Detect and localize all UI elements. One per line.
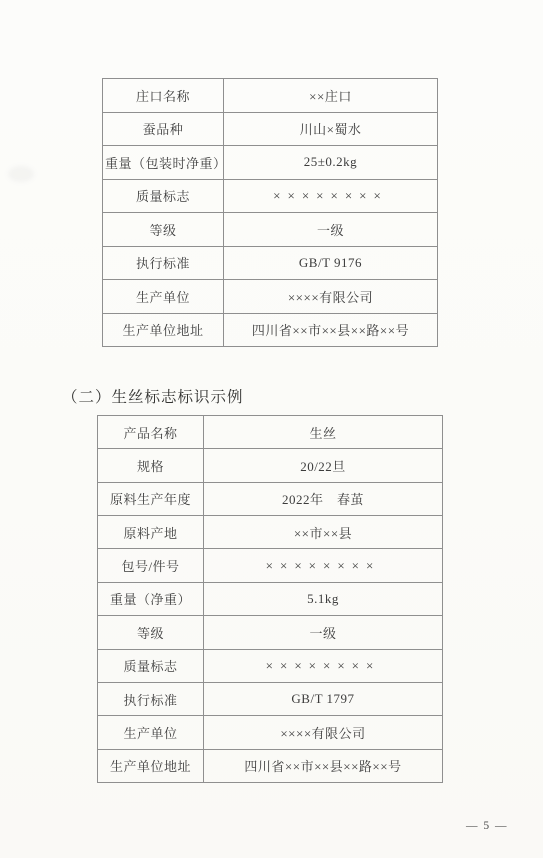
row-value: 四川省××市××县××路××号 [224, 313, 438, 347]
row-label: 生产单位 [98, 716, 204, 749]
row-label: 执行标准 [98, 682, 204, 715]
document-page: 庄口名称××庄口蚕品种川山×蜀水重量（包装时净重）25±0.2kg质量标志×××… [0, 0, 543, 858]
table-row: 蚕品种川山×蜀水 [103, 112, 438, 146]
row-value: ×××××××× [204, 549, 443, 582]
row-label: 生产单位地址 [98, 749, 204, 782]
row-label: 重量（净重） [98, 582, 204, 615]
row-value: 生丝 [204, 416, 443, 449]
table-row: 生产单位××××有限公司 [98, 716, 443, 749]
table-row: 庄口名称××庄口 [103, 79, 438, 113]
cocoon-label-table: 庄口名称××庄口蚕品种川山×蜀水重量（包装时净重）25±0.2kg质量标志×××… [102, 78, 438, 347]
table-row: 生产单位地址四川省××市××县××路××号 [103, 313, 438, 347]
row-label: 原料产地 [98, 516, 204, 549]
row-label: 质量标志 [103, 179, 224, 213]
table-row: 规格20/22旦 [98, 449, 443, 482]
row-value: ××庄口 [224, 79, 438, 113]
table-row: 执行标准GB/T 9176 [103, 246, 438, 280]
row-value: GB/T 1797 [204, 682, 443, 715]
table-row: 重量（包装时净重）25±0.2kg [103, 146, 438, 180]
row-label: 生产单位地址 [103, 313, 224, 347]
table-row: 重量（净重）5.1kg [98, 582, 443, 615]
table-row: 包号/件号×××××××× [98, 549, 443, 582]
row-label: 蚕品种 [103, 112, 224, 146]
row-value: ×××××××× [204, 649, 443, 682]
row-label: 产品名称 [98, 416, 204, 449]
table-row: 质量标志×××××××× [98, 649, 443, 682]
table-row: 产品名称生丝 [98, 416, 443, 449]
row-value: ××××有限公司 [224, 280, 438, 314]
row-label: 庄口名称 [103, 79, 224, 113]
row-value: ××××有限公司 [204, 716, 443, 749]
raw-silk-label-table-body: 产品名称生丝规格20/22旦原料生产年度2022年 春茧原料产地××市××县包号… [98, 416, 443, 783]
table-row: 等级一级 [103, 213, 438, 247]
row-label: 生产单位 [103, 280, 224, 314]
table-row: 原料产地××市××县 [98, 516, 443, 549]
row-value: 一级 [224, 213, 438, 247]
table-row: 等级一级 [98, 616, 443, 649]
table-row: 原料生产年度2022年 春茧 [98, 482, 443, 515]
row-value: GB/T 9176 [224, 246, 438, 280]
scan-smudge [8, 166, 34, 182]
row-value: 25±0.2kg [224, 146, 438, 180]
row-label: 等级 [103, 213, 224, 247]
row-label: 原料生产年度 [98, 482, 204, 515]
row-label: 规格 [98, 449, 204, 482]
row-value: ×××××××× [224, 179, 438, 213]
raw-silk-label-table: 产品名称生丝规格20/22旦原料生产年度2022年 春茧原料产地××市××县包号… [97, 415, 443, 783]
table-row: 生产单位地址四川省××市××县××路××号 [98, 749, 443, 782]
row-label: 执行标准 [103, 246, 224, 280]
row-value: 一级 [204, 616, 443, 649]
section-heading: （二）生丝标志标识示例 [62, 385, 244, 407]
row-value: 5.1kg [204, 582, 443, 615]
row-label: 等级 [98, 616, 204, 649]
row-value: 20/22旦 [204, 449, 443, 482]
row-value: 四川省××市××县××路××号 [204, 749, 443, 782]
row-label: 重量（包装时净重） [103, 146, 224, 180]
cocoon-label-table-body: 庄口名称××庄口蚕品种川山×蜀水重量（包装时净重）25±0.2kg质量标志×××… [103, 79, 438, 347]
row-value: 2022年 春茧 [204, 482, 443, 515]
page-number: — 5 — [466, 820, 508, 832]
row-value: ××市××县 [204, 516, 443, 549]
table-row: 质量标志×××××××× [103, 179, 438, 213]
row-value: 川山×蜀水 [224, 112, 438, 146]
row-label: 质量标志 [98, 649, 204, 682]
row-label: 包号/件号 [98, 549, 204, 582]
table-row: 生产单位××××有限公司 [103, 280, 438, 314]
table-row: 执行标准GB/T 1797 [98, 682, 443, 715]
